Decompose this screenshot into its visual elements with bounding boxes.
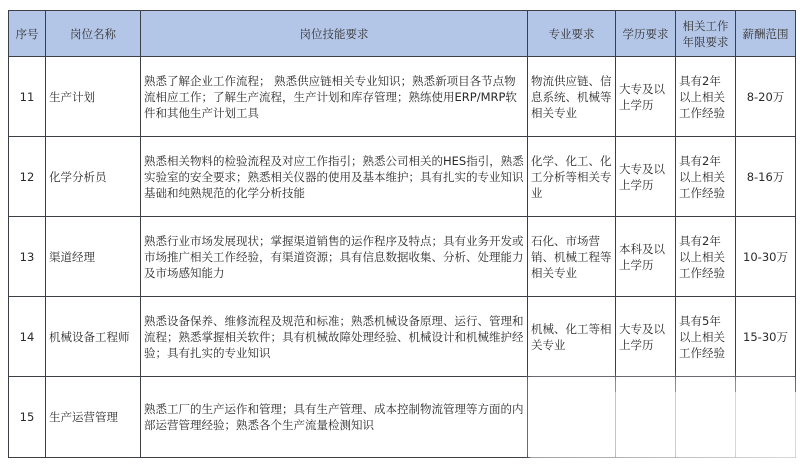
cell-name: 化学分析员 (46, 137, 141, 217)
cell-salary: 15-30万 (736, 297, 796, 377)
header-exp: 相关工作年限要求 (676, 11, 736, 57)
header-name: 岗位名称 (46, 11, 141, 57)
cell-edu: 大专及以上学历 (616, 297, 676, 377)
cell-skill: 熟悉行业市场发展现状；掌握渠道销售的运作程序及特点；具有业务开发或市场推广相关工… (141, 217, 528, 297)
cell-exp-blurred (676, 377, 736, 458)
table-row: 13 渠道经理 熟悉行业市场发展现状；掌握渠道销售的运作程序及特点；具有业务开发… (9, 217, 796, 297)
cell-major: 石化、市场营销、机械工程等相关专业 (528, 217, 616, 297)
cell-skill: 熟悉了解企业工作流程； 熟悉供应链相关专业知识；熟悉新项目各节点物流相应工作；了… (141, 57, 528, 137)
header-edu: 学历要求 (616, 11, 676, 57)
cell-num: 15 (9, 377, 46, 458)
cell-skill: 熟悉工厂的生产运作和管理；具有生产管理、成本控制物流管理等方面的内部运营管理经验… (141, 377, 528, 458)
cell-salary: 8-16万 (736, 137, 796, 217)
cell-salary: 10-30万 (736, 217, 796, 297)
cell-major: 化学、化工、化工分析等相关专业 (528, 137, 616, 217)
header-major: 专业要求 (528, 11, 616, 57)
header-row: 序号 岗位名称 岗位技能要求 专业要求 学历要求 相关工作年限要求 薪酬范围 (9, 11, 796, 57)
cell-edu-blurred (616, 377, 676, 458)
cell-exp: 具有2年以上相关工作经验 (676, 137, 736, 217)
table-row: 15 生产运营管理 熟悉工厂的生产运作和管理；具有生产管理、成本控制物流管理等方… (9, 377, 796, 458)
cell-name: 渠道经理 (46, 217, 141, 297)
header-skill: 岗位技能要求 (141, 11, 528, 57)
cell-name: 生产运营管理 (46, 377, 141, 458)
cell-exp: 具有2年以上相关工作经验 (676, 57, 736, 137)
cell-skill: 熟悉设备保养、维修流程及规范和标准；熟悉机械设备原理、运行、管理和流程；熟悉掌握… (141, 297, 528, 377)
cell-name: 生产计划 (46, 57, 141, 137)
cell-major: 物流供应链、信息系统、机械等相关专业 (528, 57, 616, 137)
job-requirements-table: 序号 岗位名称 岗位技能要求 专业要求 学历要求 相关工作年限要求 薪酬范围 1… (8, 10, 796, 458)
table-row: 14 机械设备工程师 熟悉设备保养、维修流程及规范和标准；熟悉机械设备原理、运行… (9, 297, 796, 377)
table-row: 11 生产计划 熟悉了解企业工作流程； 熟悉供应链相关专业知识；熟悉新项目各节点… (9, 57, 796, 137)
cell-salary: 8-20万 (736, 57, 796, 137)
cell-num: 13 (9, 217, 46, 297)
cell-name: 机械设备工程师 (46, 297, 141, 377)
cell-edu: 大专及以上学历 (616, 57, 676, 137)
cell-skill: 熟悉相关物料的检验流程及对应工作指引；熟悉公司相关的HES指引，熟悉实验室的安全… (141, 137, 528, 217)
cell-exp: 具有2年以上相关工作经验 (676, 217, 736, 297)
cell-exp: 具有5年以上相关工作经验 (676, 297, 736, 377)
cell-major-blurred (528, 377, 616, 458)
cell-edu: 大专及以上学历 (616, 137, 676, 217)
cell-salary-blurred (736, 377, 796, 458)
cell-major: 机械、化工等相关专业 (528, 297, 616, 377)
header-salary: 薪酬范围 (736, 11, 796, 57)
cell-num: 11 (9, 57, 46, 137)
cell-edu: 本科及以上学历 (616, 217, 676, 297)
cell-num: 14 (9, 297, 46, 377)
table-row: 12 化学分析员 熟悉相关物料的检验流程及对应工作指引；熟悉公司相关的HES指引… (9, 137, 796, 217)
cell-num: 12 (9, 137, 46, 217)
header-num: 序号 (9, 11, 46, 57)
